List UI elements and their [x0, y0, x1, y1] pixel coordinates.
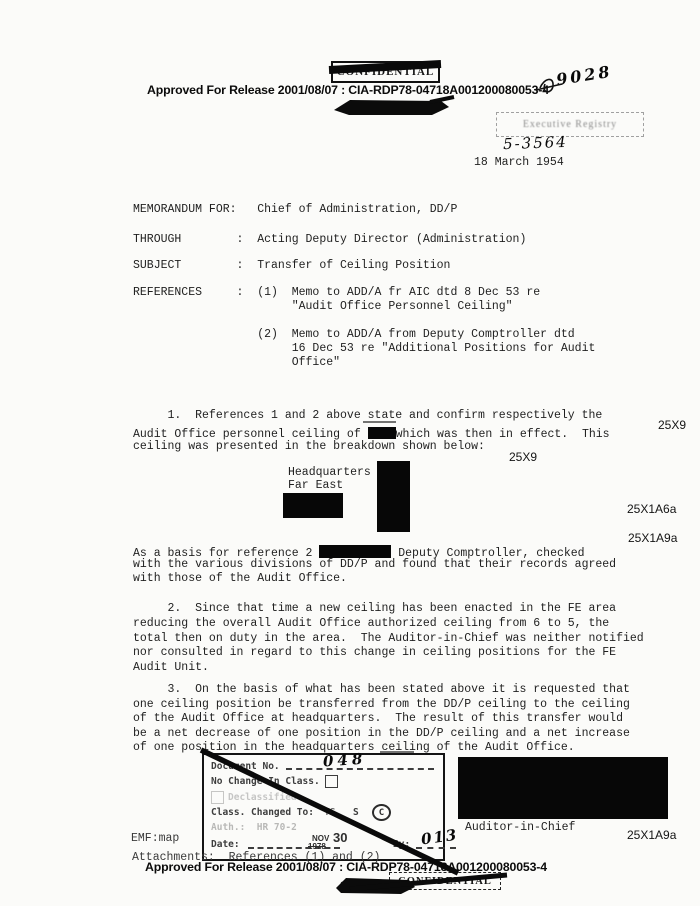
class-level-c-circled: C	[372, 804, 391, 821]
handwritten-registry-number: 9028	[555, 62, 614, 90]
document-no-label: Document No.	[211, 761, 280, 772]
para3-line: be a net decrease of one position in the…	[133, 727, 630, 740]
secret-top-scribble-tail	[430, 97, 454, 102]
memo-header-row: 16 Dec 53 re "Additional Positions for A…	[133, 342, 595, 355]
basis-line: with those of the Audit Office.	[133, 572, 347, 585]
memo-header-row: (2) Memo to ADD/A from Deputy Comptrolle…	[133, 328, 575, 341]
para2-line: reducing the overall Audit Office author…	[133, 617, 609, 630]
confidential-stamp-top-text: CONFIDENTIAL	[337, 66, 435, 78]
para3-line: of the Audit Office at headquarters. The…	[133, 712, 623, 725]
no-change-checkbox	[325, 775, 338, 788]
basis-line: with the various divisions of DD/P and f…	[133, 558, 616, 571]
para2-line: nor consulted in regard to this change i…	[133, 646, 616, 659]
margin-code-25x9-right: 25X9	[658, 418, 686, 432]
stamp-day: 30	[333, 830, 347, 845]
memo-header-row: Office"	[133, 356, 340, 369]
handwritten-file-number: 5-3564	[503, 133, 568, 153]
no-change-label: No Change In Class.	[211, 776, 320, 787]
breakdown-row-headquarters: Headquarters	[288, 466, 371, 479]
class-level-ts: TS	[324, 807, 335, 818]
margin-code-25x9-center: 25X9	[509, 450, 537, 464]
executive-registry-stamp: Executive Registry	[496, 112, 644, 137]
para2-line: Audit Unit.	[133, 661, 209, 674]
para1-line: 1. References 1 and 2 above state and co…	[133, 409, 602, 422]
class-changed-label: Class. Changed To:	[211, 807, 314, 818]
para1-line: ceiling was presented in the breakdown s…	[133, 440, 485, 453]
date-label: Date:	[211, 839, 240, 850]
handwritten-document-no: 048	[322, 750, 366, 771]
document-page: CONFIDENTIAL Approved For Release 2001/0…	[0, 0, 700, 906]
para3-line: 3. On the basis of what has been stated …	[133, 683, 630, 696]
redaction-box-inline	[319, 545, 391, 558]
signature-title: Auditor-in-Chief	[465, 821, 575, 834]
memo-header-row: "Audit Office Personnel Ceiling"	[133, 300, 513, 313]
executive-registry-stamp-text: Executive Registry	[523, 119, 617, 130]
memo-header-row: REFERENCES : (1) Memo to ADD/A fr AIC dt…	[133, 286, 540, 299]
margin-code-25x1a6a: 25X1A6a	[627, 502, 676, 516]
redaction-box-signature	[458, 757, 668, 819]
confidential-stamp-top: CONFIDENTIAL	[331, 61, 440, 83]
confidential-stamp-bottom-text: CONFIDENTIAL	[398, 876, 492, 887]
auth-label: Auth.: HR 70-2	[211, 822, 297, 833]
para2-line: total then on duty in the area. The Audi…	[133, 632, 644, 645]
release-stamp-top: Approved For Release 2001/08/07 : CIA-RD…	[147, 83, 549, 97]
breakdown-row-fareast: Far East	[288, 479, 343, 492]
redaction-box-breakdown-tall	[377, 461, 410, 532]
confidential-stamp-bottom: CONFIDENTIAL	[389, 872, 501, 890]
memo-header-row: THROUGH : Acting Deputy Director (Admini…	[133, 233, 526, 246]
margin-code-25x1a9a: 25X1A9a	[628, 531, 677, 545]
margin-code-25x1a9a-bottom: 25X1A9a	[627, 828, 676, 842]
redaction-box-inline	[368, 427, 396, 439]
class-level-s: S	[353, 807, 359, 818]
para3-line: one ceiling position be transferred from…	[133, 698, 630, 711]
originator-line: EMF:map	[131, 832, 179, 845]
para2-line: 2. Since that time a new ceiling has bee…	[133, 602, 616, 615]
secret-stamp-top-text: SECRET	[344, 99, 414, 115]
document-date: 18 March 1954	[474, 156, 564, 169]
memo-header-row: MEMORANDUM FOR: Chief of Administration,…	[133, 203, 457, 216]
by-label: By:	[393, 839, 410, 850]
para1-line-with-redaction: Audit Office personnel ceiling of which …	[133, 425, 610, 441]
memo-header-row: SUBJECT : Transfer of Ceiling Position	[133, 259, 450, 272]
redaction-box-breakdown-left	[283, 493, 343, 518]
stamp-year: 1978	[308, 842, 326, 851]
declassified-label: Declassified	[228, 792, 297, 803]
declassified-checkbox	[211, 791, 224, 804]
